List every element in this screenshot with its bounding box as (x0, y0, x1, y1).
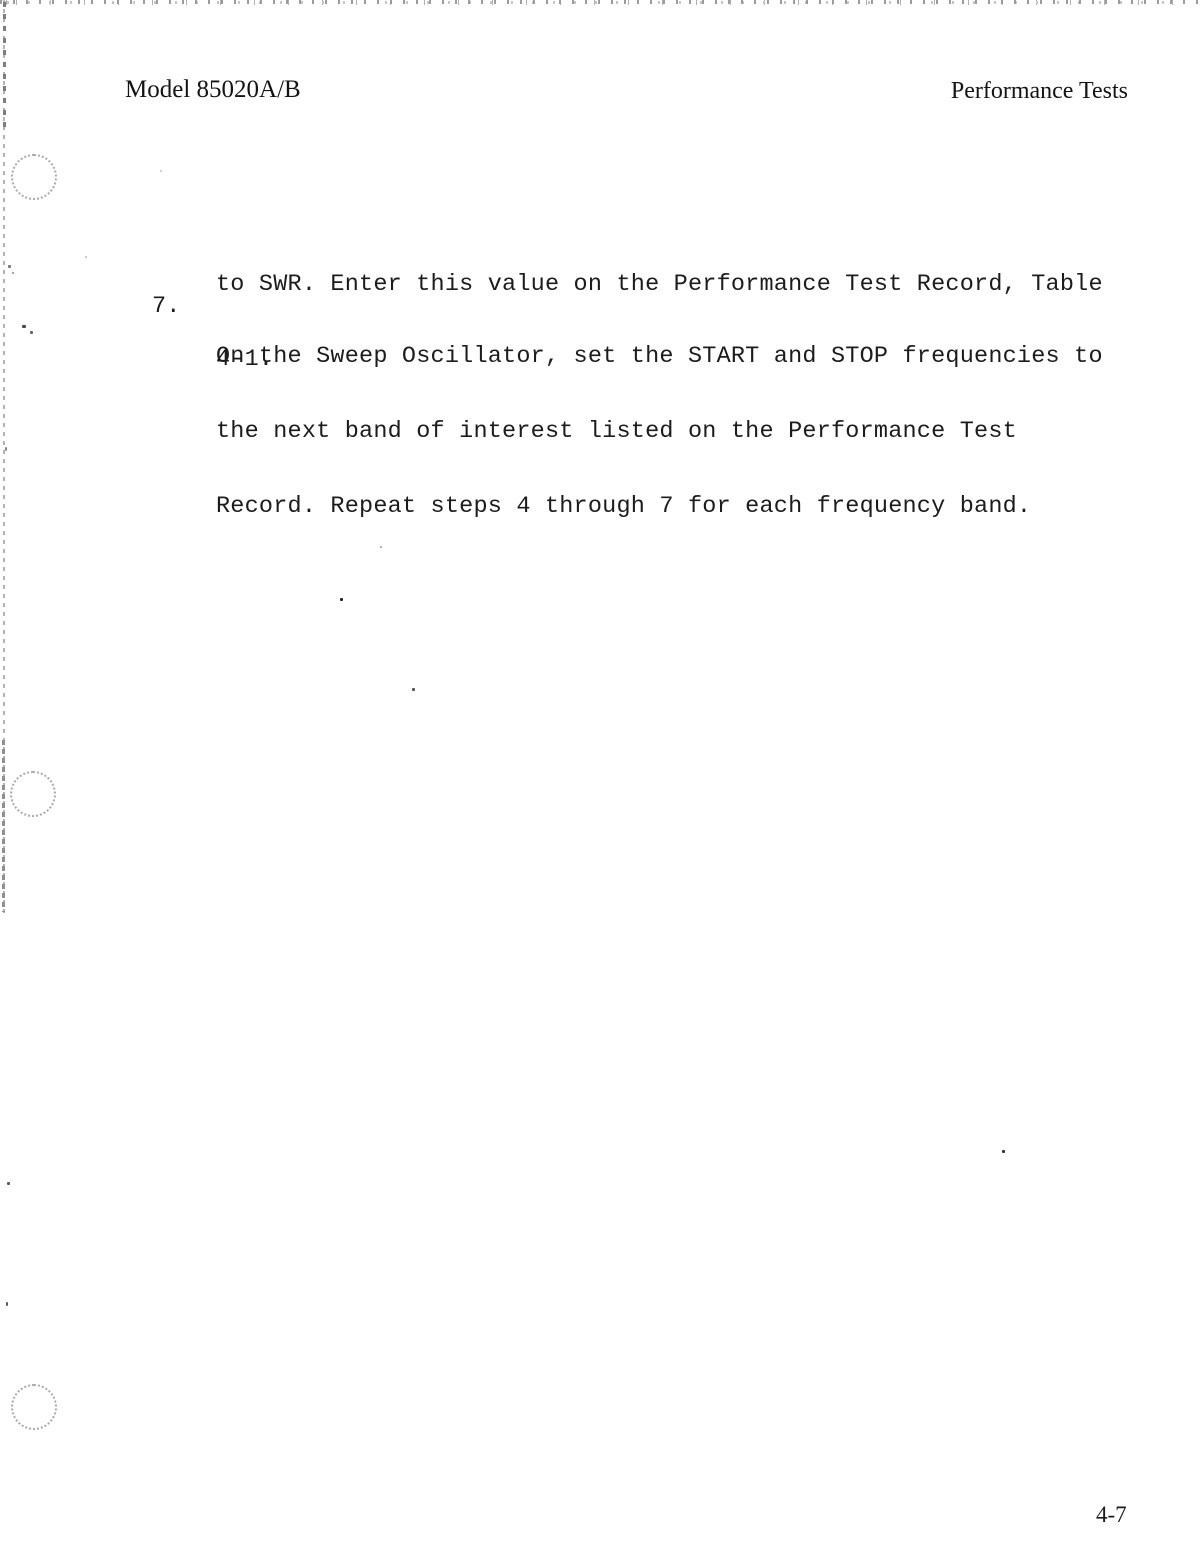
scan-speck (1002, 1150, 1005, 1153)
document-model-title: Model 85020A/B (125, 76, 301, 104)
scan-speck (85, 256, 87, 258)
scan-speck (22, 325, 26, 328)
scan-speck (8, 265, 11, 268)
step-line: the next band of interest listed on the … (216, 419, 1103, 444)
scan-left-edge-artifact (3, 2, 6, 132)
scan-speck (5, 447, 7, 451)
scan-speck (340, 598, 343, 601)
scan-speck (12, 272, 14, 274)
punch-hole-mark (10, 771, 56, 817)
scan-speck (6, 1302, 8, 1306)
scan-left-edge-artifact (2, 740, 5, 912)
scanned-document-page: Model 85020A/B Performance Tests to SWR.… (0, 0, 1200, 1568)
document-section-title: Performance Tests (951, 78, 1128, 105)
scan-speck (7, 1182, 10, 1185)
punch-hole-mark (11, 154, 57, 200)
page-number: 4-7 (1096, 1502, 1127, 1528)
scan-top-edge-artifact (0, 0, 1200, 5)
step-line: Record. Repeat steps 4 through 7 for eac… (216, 494, 1103, 519)
step-number: 7. (152, 294, 181, 319)
punch-hole-mark (11, 1384, 57, 1430)
scan-speck (30, 331, 33, 334)
step-paragraph: On the Sweep Oscillator, set the START a… (216, 294, 1103, 569)
scan-speck (412, 688, 415, 691)
scan-speck (160, 170, 162, 172)
step-line: On the Sweep Oscillator, set the START a… (216, 344, 1103, 369)
